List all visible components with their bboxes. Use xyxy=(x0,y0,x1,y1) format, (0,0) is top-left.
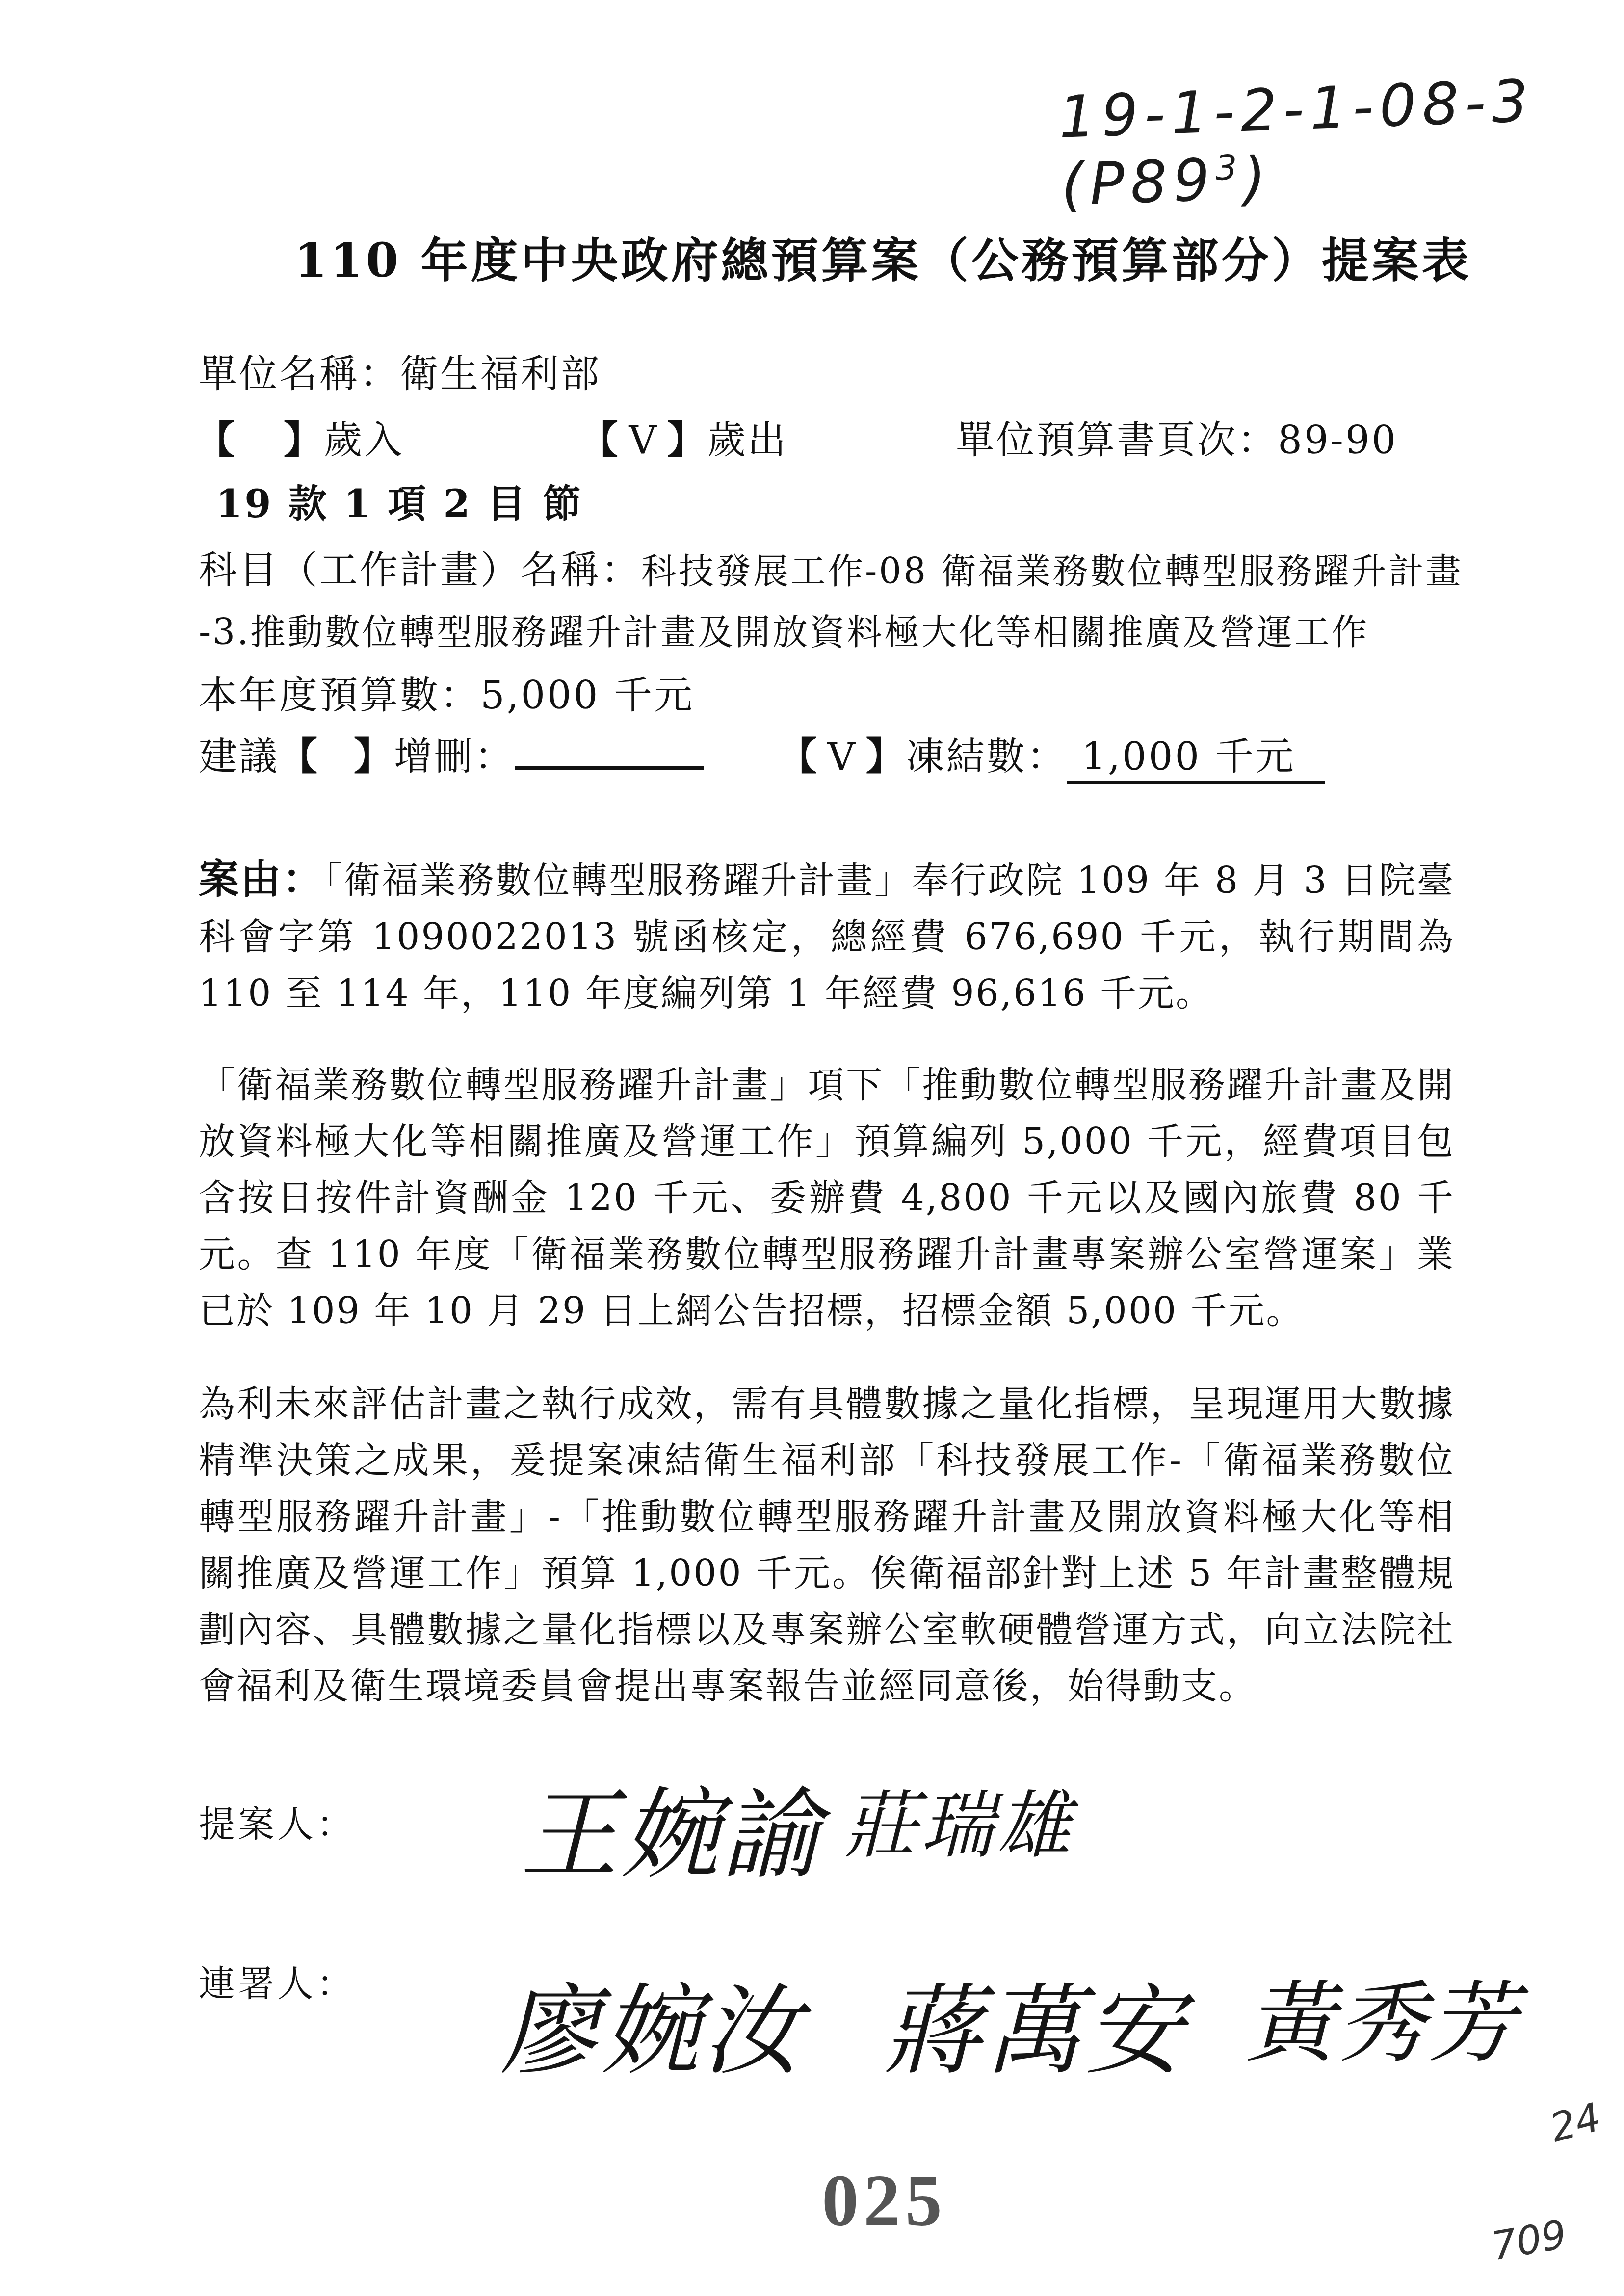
revenue-checkbox: 【】歲入 xyxy=(196,410,404,465)
classification: 19 款 1 項 2 目 節 xyxy=(216,473,583,528)
reason-text-1: 「衛福業務數位轉型服務躍升計畫」奉行政院 109 年 8 月 3 日院臺科會字第… xyxy=(199,860,1455,1015)
reference-superscript: 3 xyxy=(1215,147,1244,188)
reason-paragraph-3: 為利未來評估計畫之執行成效，需有具體數據之量化指標，呈現運用大數據精準決策之成果… xyxy=(199,1376,1455,1715)
bracket-close: 】 xyxy=(667,418,707,463)
page-title: 110 年度中央政府總預算案（公務預算部分）提案表 xyxy=(294,223,1472,290)
reference-code-text: 19-1-2-1-08-3 (P89 xyxy=(1058,67,1536,219)
bracket-close: 】 xyxy=(284,418,324,463)
budget-amount-row: 本年度預算數：5,000 千元 xyxy=(199,665,694,720)
suggestion-label: 建議 xyxy=(199,735,279,779)
subject-line-1: 科技發展工作-08 衛福業務數位轉型服務躍升計畫 xyxy=(641,550,1463,592)
proposer-label: 提案人： xyxy=(199,1796,356,1848)
budget-amount-value: 5,000 千元 xyxy=(480,674,694,718)
handwritten-reference-code: 19-1-2-1-08-3 (P893) xyxy=(1058,64,1624,219)
freeze-value: 1,000 千元 xyxy=(1067,726,1325,784)
unit-name-row: 單位名稱：衛生福利部 xyxy=(199,343,601,398)
margin-note-2: 709 xyxy=(1488,2211,1570,2269)
adjust-label: 增刪： xyxy=(394,735,515,779)
budget-amount-label: 本年度預算數： xyxy=(199,674,480,718)
reason-paragraph-2: 「衛福業務數位轉型服務躍升計畫」項下「推動數位轉型服務躍升計畫及開放資料極大化等… xyxy=(199,1057,1455,1339)
subject-row: 科目（工作計畫）名稱：科技發展工作-08 衛福業務數位轉型服務躍升計畫 xyxy=(199,540,1463,595)
expenditure-label: 歲出 xyxy=(707,418,788,463)
bracket-open: 【 xyxy=(196,418,236,463)
reference-close-paren: ) xyxy=(1242,144,1273,212)
expenditure-checkbox: 【V】歲出 xyxy=(580,410,788,465)
freeze-label: 凍結數： xyxy=(906,735,1067,779)
proposer-signature-1: 王婉諭 xyxy=(520,1756,823,1897)
freeze-check-mark: V xyxy=(819,735,866,779)
budget-type-row: 【】歲入 【V】歲出 單位預算書頁次：89-90 xyxy=(196,410,1398,465)
reason-paragraph-1: 案由：「衛福業務數位轉型服務躍升計畫」奉行政院 109 年 8 月 3 日院臺科… xyxy=(199,851,1455,1022)
reason-label: 案由： xyxy=(199,856,324,903)
bracket-open: 【 xyxy=(279,734,319,779)
cosigner-signature-3: 黃秀芳 xyxy=(1246,1953,1520,2079)
budget-page-label: 單位預算書頁次： xyxy=(956,418,1278,463)
cosigner-signature-1: 廖婉汝 xyxy=(500,1953,804,2093)
revenue-label: 歲入 xyxy=(324,418,404,463)
cosigner-label: 連署人： xyxy=(199,1955,356,2007)
budget-page-value: 89-90 xyxy=(1278,418,1398,463)
bracket-open: 【 xyxy=(580,418,620,463)
unit-name-value: 衛生福利部 xyxy=(400,352,601,396)
bracket-open: 【 xyxy=(779,734,819,779)
page-number: 025 xyxy=(822,2159,947,2243)
margin-note-1: 24 xyxy=(1545,2094,1605,2151)
subject-label: 科目（工作計畫）名稱： xyxy=(199,548,641,593)
proposer-signature-2: 莊瑞雄 xyxy=(844,1766,1074,1872)
subject-line-2: -3.推動數位轉型服務躍升計畫及開放資料極大化等相關推廣及營運工作 xyxy=(199,603,1369,654)
cosigner-signature-2: 蔣萬安 xyxy=(883,1953,1186,2093)
bracket-close: 】 xyxy=(354,734,394,779)
bracket-close: 】 xyxy=(866,734,906,779)
suggestion-row: 建議【】增刪： 【V】凍結數：1,000 千元 xyxy=(199,726,1325,784)
expenditure-check-mark: V xyxy=(620,418,667,463)
unit-name-label: 單位名稱： xyxy=(199,352,400,396)
adjust-value-blank xyxy=(515,737,704,770)
